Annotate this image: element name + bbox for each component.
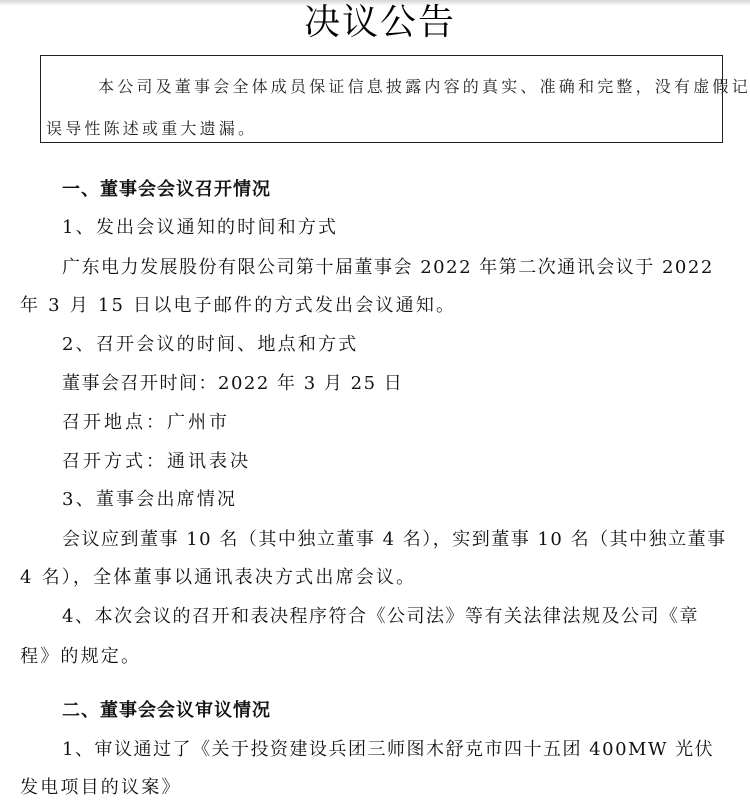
disclaimer-line-1: 本公司及董事会全体成员保证信息披露内容的真实、准确和完整，没有虚假记载、 (98, 74, 750, 97)
item-1-text-line-2: 年 3 月 15 日以电子邮件的方式发出会议通知。 (20, 294, 456, 318)
item-1-text-line-1: 广东电力发展股份有限公司第十届董事会 2022 年第二次通讯会议于 2022 (62, 256, 714, 280)
meeting-method: 召开方式：通讯表决 (62, 450, 251, 474)
item-4-text-line-1: 4、本次会议的召开和表决程序符合《公司法》等有关法律法规及公司《章 (62, 605, 699, 629)
meeting-place: 召开地点：广州市 (62, 411, 230, 435)
item-3-heading: 3、董事会出席情况 (62, 488, 237, 512)
disclaimer-line-2: 误导性陈述或重大遗漏。 (46, 116, 257, 139)
meeting-time: 董事会召开时间：2022 年 3 月 25 日 (62, 372, 403, 396)
item-4-text-line-2: 程》的规定。 (20, 645, 141, 669)
item-2-heading: 2、召开会议的时间、地点和方式 (62, 333, 358, 357)
document-title: 决议公告 (0, 0, 750, 46)
item-3-text-line-2: 4 名），全体董事以通讯表决方式出席会议。 (20, 566, 416, 590)
resolution-1-text-line-2: 发电项目的议案》 (20, 776, 182, 800)
section-2-heading: 二、董事会会议审议情况 (62, 699, 271, 723)
item-3-text-line-1: 会议应到董事 10 名（其中独立董事 4 名），实到董事 10 名（其中独立董事 (62, 528, 727, 552)
section-1-heading: 一、董事会会议召开情况 (62, 178, 271, 202)
resolution-1-text-line-1: 1、审议通过了《关于投资建设兵团三师图木舒克市四十五团 400MW 光伏 (62, 738, 714, 762)
item-1-heading: 1、发出会议通知的时间和方式 (62, 216, 338, 240)
disclaimer-box: 本公司及董事会全体成员保证信息披露内容的真实、准确和完整，没有虚假记载、 误导性… (40, 55, 723, 143)
